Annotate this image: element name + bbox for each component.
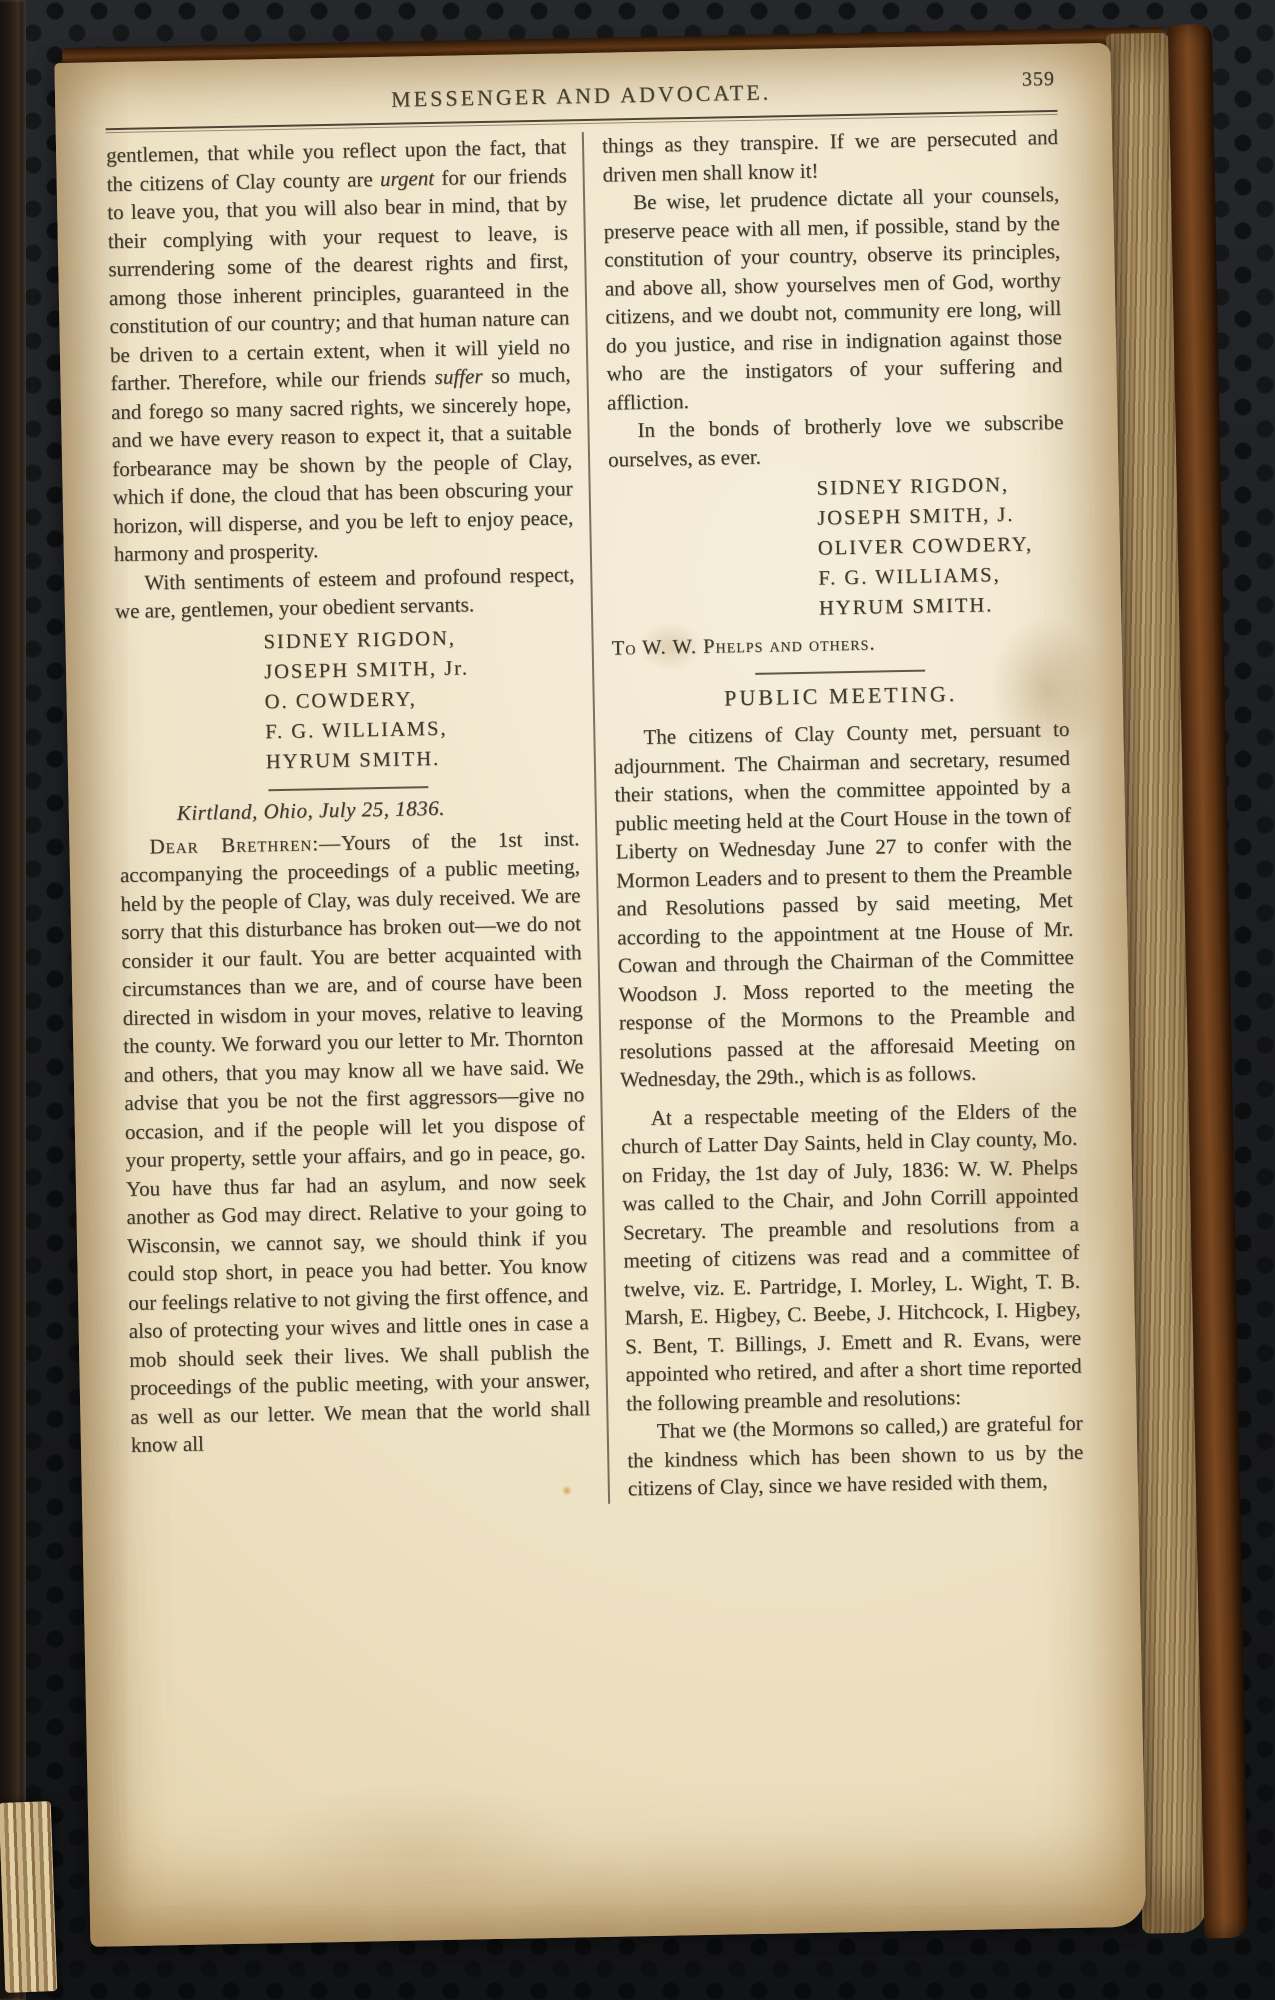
right-column: things as they transpire. If we are pers… xyxy=(582,123,1084,1503)
paragraph: That we (the Mormons so called,) are gra… xyxy=(626,1409,1084,1503)
running-header: MESSENGER AND ADVOCATE. 359 xyxy=(105,66,1058,128)
divider-rule xyxy=(755,670,925,675)
letter-paragraph: Dear Brethren:—Yours of the 1st inst. ac… xyxy=(119,824,591,1460)
paragraph: Be wise, let prudence dictate all your c… xyxy=(603,180,1063,417)
signature: OLIVER COWDERY, xyxy=(818,529,1067,564)
section-heading: PUBLIC MEETING. xyxy=(612,679,1068,714)
photo-scene: MESSENGER AND ADVOCATE. 359 gentlemen, t… xyxy=(0,0,1275,2000)
closing-paragraph: With sentiments of esteem and profound r… xyxy=(114,560,575,626)
signature: HYRUM SMITH. xyxy=(266,741,579,777)
signature: F. G. WILLIAMS, xyxy=(818,559,1067,594)
publication-title: MESSENGER AND ADVOCATE. xyxy=(391,79,772,112)
paragraph-continuation: things as they transpire. If we are pers… xyxy=(602,123,1059,189)
paragraph-continuation: gentlemen, that while you reflect upon t… xyxy=(106,132,574,568)
page-content: MESSENGER AND ADVOCATE. 359 gentlemen, t… xyxy=(105,66,1092,1904)
signature: SIDNEY RIGDON, xyxy=(816,469,1065,504)
page: MESSENGER AND ADVOCATE. 359 gentlemen, t… xyxy=(54,43,1146,1947)
spine-pages-bottom-left xyxy=(0,1801,57,1993)
signature-block-left: SIDNEY RIGDON, JOSEPH SMITH, Jr. O. COWD… xyxy=(115,621,578,780)
paragraph: At a respectable meeting of the Elders o… xyxy=(620,1095,1082,1417)
signature-block-right: SIDNEY RIGDON, JOSEPH SMITH, J. OLIVER C… xyxy=(608,469,1067,628)
dateline: Kirtland, Ohio, July 25, 1836. xyxy=(177,793,579,826)
signature: HYRUM SMITH. xyxy=(819,589,1068,624)
divider-rule xyxy=(268,786,428,791)
paragraph: In the bonds of brotherly love we subscr… xyxy=(607,408,1064,474)
book: MESSENGER AND ADVOCATE. 359 gentlemen, t… xyxy=(16,24,1253,1965)
left-column: gentlemen, that while you reflect upon t… xyxy=(106,132,608,1512)
addressee-line: To W. W. Phelps and others. xyxy=(611,625,1067,664)
signature: JOSEPH SMITH, J. xyxy=(817,499,1066,534)
letter-body: Yours of the 1st inst. accompanying the … xyxy=(120,826,591,1457)
paragraph: The citizens of Clay County met, persuan… xyxy=(613,715,1076,1094)
salutation: Dear Brethren:— xyxy=(149,830,341,858)
page-number: 359 xyxy=(1022,68,1055,92)
text-columns: gentlemen, that while you reflect upon t… xyxy=(106,123,1084,1513)
